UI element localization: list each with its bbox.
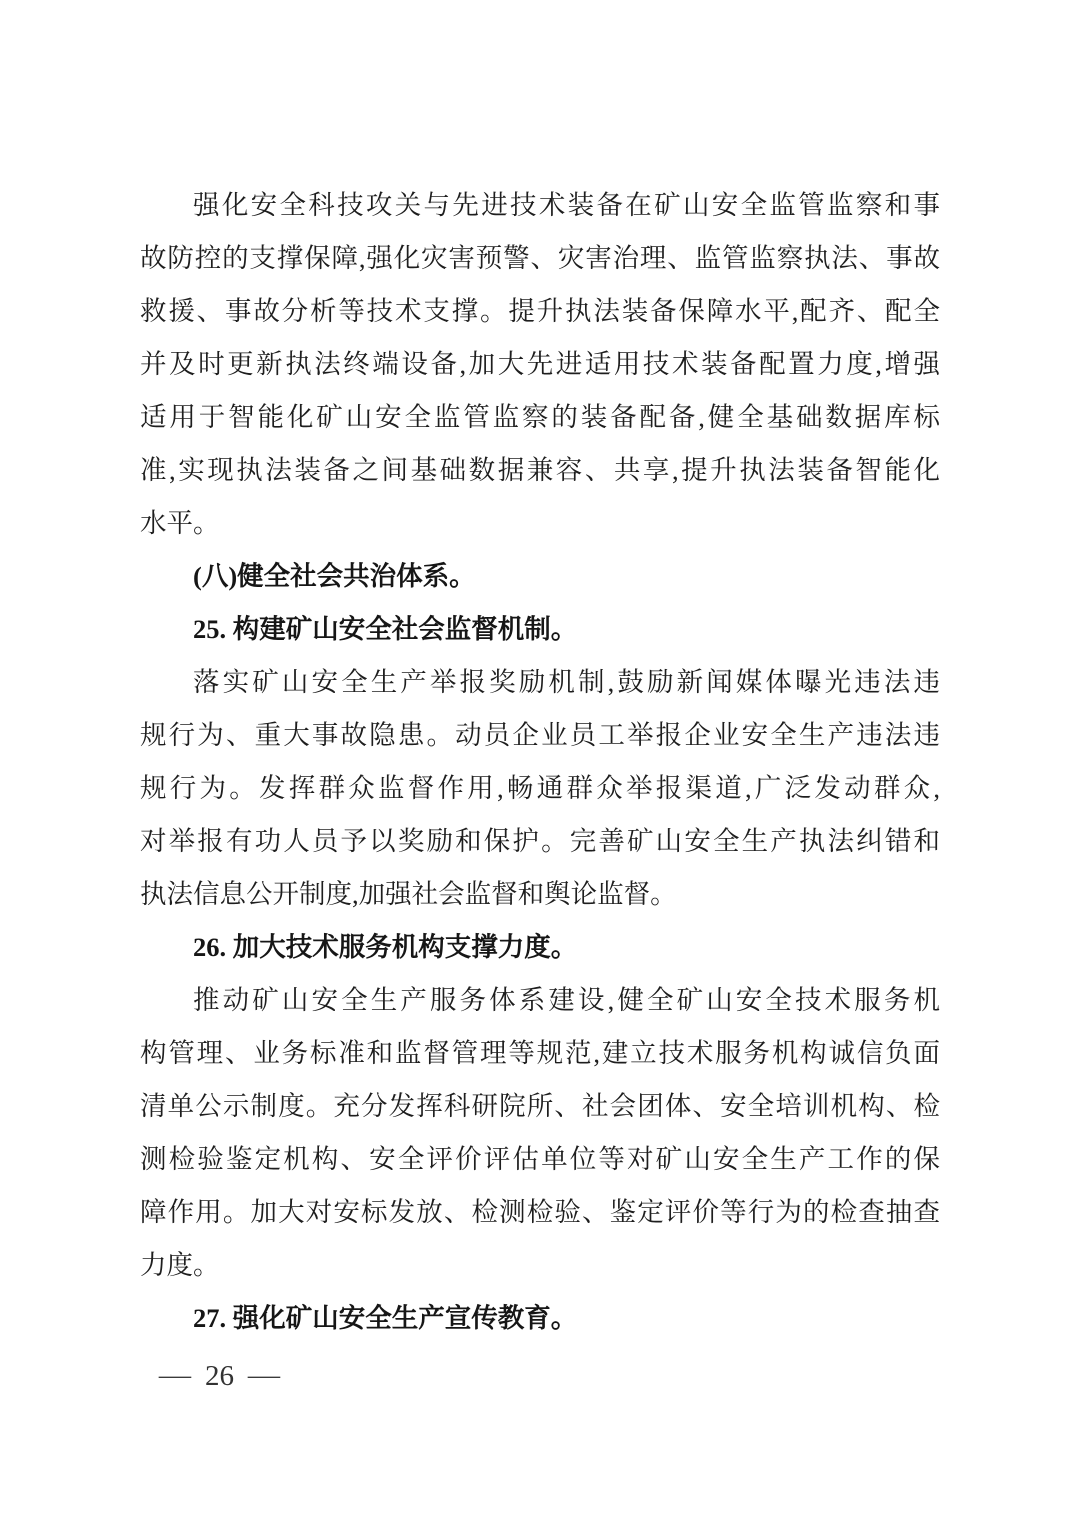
text-line: 对举报有功人员予以奖励和保护。完善矿山安全生产执法纠错和 [140, 815, 940, 868]
footer-dash-left: — [159, 1360, 191, 1392]
text-line: 落实矿山安全生产举报奖励机制,鼓励新闻媒体曝光违法违 [140, 656, 940, 709]
text-line: 规行为、重大事故隐患。动员企业员工举报企业安全生产违法违 [140, 709, 940, 762]
text-line: 强化安全科技攻关与先进技术装备在矿山安全监管监察和事 [140, 179, 940, 232]
text-line: 27. 强化矿山安全生产宣传教育。 [140, 1292, 940, 1345]
document-body: 强化安全科技攻关与先进技术装备在矿山安全监管监察和事故防控的支撑保障,强化灾害预… [140, 179, 940, 1345]
text-line: 构管理、业务标准和监督管理等规范,建立技术服务机构诚信负面 [140, 1027, 940, 1080]
paragraph-tech-support: 强化安全科技攻关与先进技术装备在矿山安全监管监察和事故防控的支撑保障,强化灾害预… [140, 179, 940, 550]
heading-section-8: (八)健全社会共治体系。 [140, 550, 940, 603]
document-page: 强化安全科技攻关与先进技术装备在矿山安全监管监察和事故防控的支撑保障,强化灾害预… [0, 0, 1080, 1528]
text-line: (八)健全社会共治体系。 [140, 550, 940, 603]
text-line: 准,实现执法装备之间基础数据兼容、共享,提升执法装备智能化 [140, 444, 940, 497]
footer-dash-right: — [248, 1360, 280, 1392]
page-number: 26 [205, 1360, 234, 1393]
text-line: 水平。 [140, 497, 940, 550]
text-line: 执法信息公开制度,加强社会监督和舆论监督。 [140, 868, 940, 921]
heading-item-25: 25. 构建矿山安全社会监督机制。 [140, 603, 940, 656]
text-line: 障作用。加大对安标发放、检测检验、鉴定评价等行为的检查抽查 [140, 1186, 940, 1239]
paragraph-item-25-body: 落实矿山安全生产举报奖励机制,鼓励新闻媒体曝光违法违规行为、重大事故隐患。动员企… [140, 656, 940, 921]
text-line: 救援、事故分析等技术支撑。提升执法装备保障水平,配齐、配全 [140, 285, 940, 338]
text-line: 规行为。发挥群众监督作用,畅通群众举报渠道,广泛发动群众, [140, 762, 940, 815]
text-line: 故防控的支撑保障,强化灾害预警、灾害治理、监管监察执法、事故 [140, 232, 940, 285]
text-line: 清单公示制度。充分发挥科研院所、社会团体、安全培训机构、检 [140, 1080, 940, 1133]
heading-item-27: 27. 强化矿山安全生产宣传教育。 [140, 1292, 940, 1345]
text-line: 推动矿山安全生产服务体系建设,健全矿山安全技术服务机 [140, 974, 940, 1027]
text-line: 25. 构建矿山安全社会监督机制。 [140, 603, 940, 656]
text-line: 并及时更新执法终端设备,加大先进适用技术装备配置力度,增强 [140, 338, 940, 391]
text-line: 适用于智能化矿山安全监管监察的装备配备,健全基础数据库标 [140, 391, 940, 444]
heading-item-26: 26. 加大技术服务机构支撑力度。 [140, 921, 940, 974]
text-line: 测检验鉴定机构、安全评价评估单位等对矿山安全生产工作的保 [140, 1133, 940, 1186]
text-line: 力度。 [140, 1239, 940, 1292]
paragraph-item-26-body: 推动矿山安全生产服务体系建设,健全矿山安全技术服务机构管理、业务标准和监督管理等… [140, 974, 940, 1292]
page-footer: — 26 — [161, 1356, 278, 1396]
text-line: 26. 加大技术服务机构支撑力度。 [140, 921, 940, 974]
